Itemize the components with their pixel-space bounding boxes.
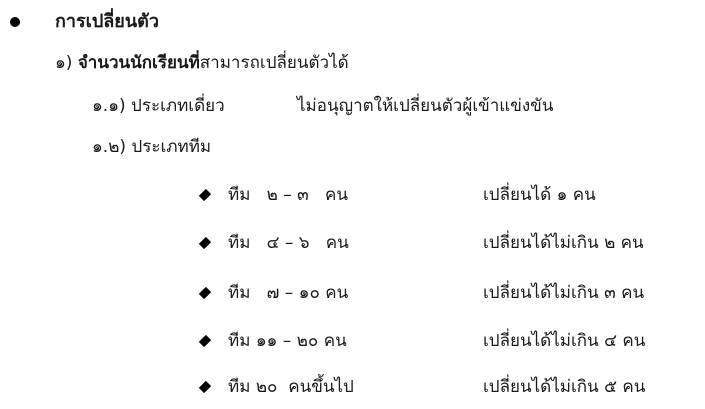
item-1-1-rule: ไม่อนุญาตให้เปลี่ยนตัวผู้เข้าแข่งขัน — [297, 94, 553, 118]
team-size: ทีม ๑๑ – ๒๐ คน — [228, 329, 347, 353]
item-1-number: ๑) — [55, 53, 72, 73]
section-heading: การเปลี่ยนตัว — [55, 10, 159, 34]
diamond-bullet-icon — [199, 237, 211, 249]
team-size: ทีม ๗ – ๑๐ คน — [228, 281, 348, 305]
item-1-1-number: ๑.๑) — [92, 96, 126, 116]
item-1-2: ๑.๒) ประเภททีม — [92, 135, 211, 159]
substitution-limit: เปลี่ยนได้ ๑ คน — [483, 183, 596, 207]
substitution-limit: เปลี่ยนได้ไม่เกิน ๔ คน — [483, 329, 645, 353]
item-1-text: สามารถเปลี่ยนตัวได้ — [200, 53, 349, 73]
item-1-2-label: ประเภททีม — [131, 137, 211, 157]
substitution-limit: เปลี่ยนได้ไม่เกิน ๓ คน — [483, 281, 644, 305]
item-1-1-label: ประเภทเดี่ยว — [131, 96, 225, 116]
bullet-icon — [10, 17, 20, 27]
diamond-bullet-icon — [199, 287, 211, 299]
team-size: ทีม ๒ – ๓ คน — [228, 183, 348, 207]
substitution-limit: เปลี่ยนได้ไม่เกิน ๒ คน — [483, 231, 644, 255]
substitution-limit: เปลี่ยนได้ไม่เกิน ๕ คน — [483, 375, 645, 399]
diamond-bullet-icon — [199, 335, 211, 347]
team-size: ทีม ๔ – ๖ คน — [228, 231, 349, 255]
item-1: ๑) จำนวนนักเรียนที่สามารถเปลี่ยนตัวได้ — [55, 51, 349, 75]
item-1-2-number: ๑.๒) — [92, 137, 126, 157]
item-1-bold-text: จำนวนนักเรียนที่ — [78, 53, 200, 73]
diamond-bullet-icon — [199, 381, 211, 393]
team-size: ทีม ๒๐ คนขึ้นไป — [228, 375, 354, 399]
item-1-1: ๑.๑) ประเภทเดี่ยว — [92, 94, 225, 118]
diamond-bullet-icon — [199, 189, 211, 201]
